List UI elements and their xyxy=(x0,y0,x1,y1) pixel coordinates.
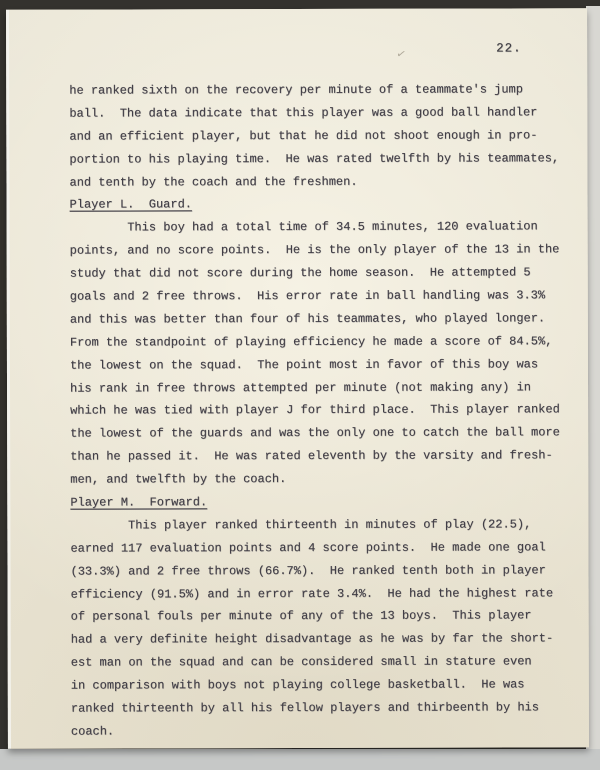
scanned-page: 22. ✓ he ranked sixth on the recovery pe… xyxy=(0,0,600,770)
text-line: which he was tied with player J for thir… xyxy=(70,399,575,423)
text-line: men, and twelfth by the coach. xyxy=(70,467,575,491)
text-line: goals and 2 free throws. His error rate … xyxy=(70,284,575,308)
text-line: had a very definite height disadvantage … xyxy=(71,628,576,652)
text-line: This player ranked thirteenth in minutes… xyxy=(70,513,575,537)
text-line: the lowest on the squad. The point most … xyxy=(70,353,575,377)
text-line: coach. xyxy=(71,719,576,743)
text-line: This boy had a total time of 34.5 minute… xyxy=(70,216,575,240)
text-line: earned 117 evaluation points and 4 score… xyxy=(70,536,575,560)
text-line: points, and no score points. He is the o… xyxy=(70,239,575,263)
scan-background-bottom xyxy=(0,749,600,770)
document-page: 22. ✓ he ranked sixth on the recovery pe… xyxy=(6,8,589,749)
section-heading-player-l-guard: Player L. Guard. xyxy=(70,193,575,217)
text-line: the lowest of the guards and was the onl… xyxy=(70,422,575,446)
text-line: in comparison with boys not playing coll… xyxy=(71,673,576,697)
paragraph-continued: he ranked sixth on the recovery per minu… xyxy=(69,78,574,194)
document-text: he ranked sixth on the recovery per minu… xyxy=(69,78,576,743)
pencil-check-icon: ✓ xyxy=(395,46,406,62)
text-line: efficiency (91.5%) and in error rate 3.4… xyxy=(71,582,576,606)
text-line: study that did not score during the home… xyxy=(70,261,575,285)
text-line: and tenth by the coach and the freshmen. xyxy=(69,170,574,194)
text-line: and this was better than four of his tea… xyxy=(70,307,575,331)
text-line: he ranked sixth on the recovery per minu… xyxy=(69,78,574,102)
text-line: ranked thirteenth by all his fellow play… xyxy=(71,696,576,720)
text-line: of personal fouls per minute of any of t… xyxy=(71,605,576,629)
text-line: (33.3%) and 2 free throws (66.7%). He ra… xyxy=(70,559,575,583)
text-line: and an efficient player, but that he did… xyxy=(69,124,574,148)
text-line: than he passed it. He was rated eleventh… xyxy=(70,445,575,469)
text-line: From the standpoint of playing efficienc… xyxy=(70,330,575,354)
text-line: est man on the squad and can be consider… xyxy=(71,651,576,675)
section-heading-player-m-forward: Player M. Forward. xyxy=(70,490,575,514)
page-number: 22. xyxy=(496,41,522,55)
paragraph-player-m: This player ranked thirteenth in minutes… xyxy=(70,513,576,743)
paragraph-player-l: This boy had a total time of 34.5 minute… xyxy=(70,216,576,492)
text-line: ball. The data indicate that this player… xyxy=(69,101,574,125)
text-line: his rank in free throws attempted per mi… xyxy=(70,376,575,400)
text-line: portion to his playing time. He was rate… xyxy=(69,147,574,171)
